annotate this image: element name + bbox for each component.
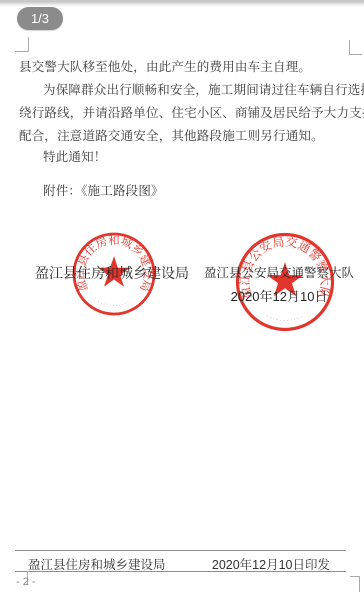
footer-rule-top <box>15 550 346 551</box>
body-line-1: 县交警大队移至他处，由此产生的费用由车主自理。 <box>19 57 311 75</box>
right-signature-org: 盈江县公安局交通警察大队 <box>204 263 354 281</box>
document-viewer: 1/3 县交警大队移至他处，由此产生的费用由车主自理。 为保障群众出行顺畅和安全… <box>0 0 364 600</box>
signature-date: 2020年12月10日 <box>204 286 354 305</box>
seal-code-marks: ··········· <box>96 299 131 309</box>
crop-mark-top-right-v <box>349 40 350 55</box>
body-line-4: 配合，注意道路交通安全，其他路段施工则另行通知。 <box>19 126 324 144</box>
left-signature-org: 盈江县住房和城乡建设局 <box>35 263 189 283</box>
crop-mark-top-right-h <box>349 54 362 55</box>
crop-mark-bottom-right-v <box>359 576 360 592</box>
attachment-line: 附件：《施工路段图》 <box>43 181 164 199</box>
top-edge-divider <box>0 0 364 7</box>
official-seal-traffic-police: 盈江县公安局交通警察大队 ··········· <box>230 227 340 337</box>
page-number: - 2 - <box>16 576 36 588</box>
svg-text:···········: ··········· <box>265 313 305 324</box>
notice-line: 特此通知！ <box>43 147 107 165</box>
svg-text:···········: ··········· <box>96 299 131 309</box>
crop-mark-top-left-h <box>15 51 29 52</box>
seal-code-marks: ··········· <box>265 313 305 324</box>
footer-rule-bottom <box>15 571 346 572</box>
document-page[interactable]: 县交警大队移至他处，由此产生的费用由车主自理。 为保障群众出行顺畅和安全，施工期… <box>0 7 364 600</box>
body-line-3: 绕行路线，并请沿路单位、住宅小区、商铺及居民给予大力支持 <box>19 103 364 121</box>
body-line-2: 为保障群众出行顺畅和安全，施工期间请过往车辆自行选择 <box>43 80 364 98</box>
crop-mark-top-left-v <box>28 37 29 52</box>
